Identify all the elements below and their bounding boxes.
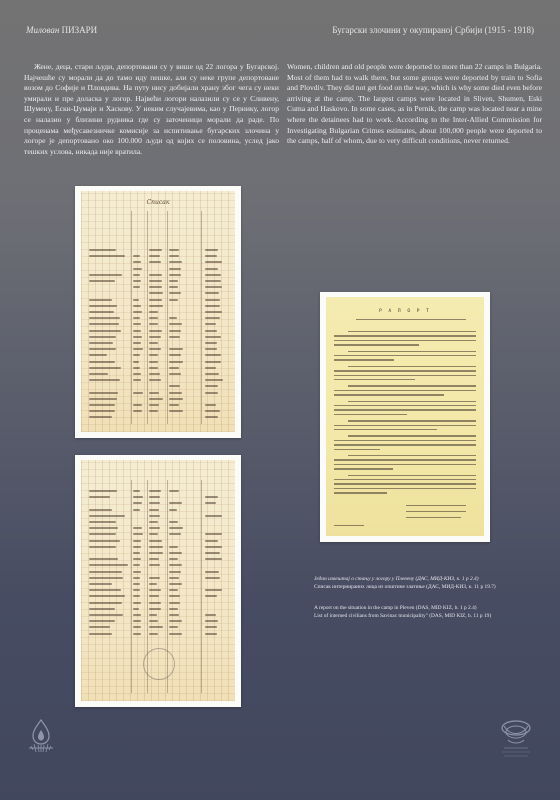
typed-text-line (334, 355, 476, 356)
handwriting-stroke (149, 496, 160, 498)
handwriting-stroke (169, 268, 181, 270)
handwriting-stroke (133, 614, 141, 616)
handwriting-stroke (149, 602, 161, 604)
handwriting-stroke (169, 398, 183, 400)
typed-text-line (334, 379, 415, 380)
typed-text-line (334, 449, 380, 450)
typed-text-line (334, 394, 444, 395)
handwriting-stroke (149, 361, 158, 363)
handwriting-stroke (89, 361, 115, 363)
body-text-english: Women, children and old people were depo… (287, 62, 542, 147)
handwriting-stroke (205, 515, 222, 517)
handwriting-stroke (133, 620, 141, 622)
handwriting-stroke (133, 330, 141, 332)
handwriting-stroke (89, 342, 113, 344)
typed-text-line (334, 340, 476, 341)
handwriting-stroke (89, 311, 114, 313)
typed-text-line (334, 479, 476, 480)
handwriting-stroke (205, 589, 222, 591)
handwriting-stroke (133, 379, 141, 381)
handwriting-stroke (89, 577, 123, 579)
handwriting-stroke (169, 410, 183, 412)
handwriting-stroke (149, 583, 157, 585)
handwriting-stroke (149, 330, 162, 332)
handwriting-stroke (89, 614, 123, 616)
handwriting-stroke (205, 392, 218, 394)
body-text-serbian: Жене, деца, стари људи, депортовани су у… (24, 62, 279, 157)
author-first-name: Милован (26, 25, 59, 35)
handwriting-stroke (89, 490, 117, 492)
handwriting-stroke (205, 367, 216, 369)
typed-text-line (406, 517, 461, 518)
report-title: Р А П О Р Т (326, 309, 484, 314)
handwriting-stroke (89, 280, 115, 282)
handwriting-stroke (205, 305, 220, 307)
handwriting-stroke (205, 249, 218, 251)
handwriting-stroke (133, 317, 140, 319)
handwriting-stroke (205, 336, 221, 338)
typed-text-line (348, 331, 476, 332)
handwriting-stroke (169, 546, 178, 548)
handwriting-stroke (205, 496, 218, 498)
handwriting-stroke (89, 305, 117, 307)
handwriting-stroke (149, 392, 159, 394)
handwriting-stroke (169, 367, 179, 369)
handwriting-stroke (149, 255, 160, 257)
column-rule (147, 211, 148, 424)
typed-text-line (406, 505, 466, 506)
handwriting-stroke (149, 305, 163, 307)
column-rule (167, 480, 168, 693)
typed-text-line (334, 414, 407, 415)
typed-text-line (334, 344, 419, 345)
handwriting-stroke (133, 274, 140, 276)
handwriting-stroke (205, 614, 216, 616)
handwriting-stroke (205, 274, 221, 276)
handwriting-stroke (149, 589, 161, 591)
handwriting-stroke (169, 274, 181, 276)
typed-text-line (348, 385, 476, 386)
handwriting-stroke (205, 404, 216, 406)
handwriting-stroke (149, 608, 161, 610)
typed-text-line (348, 455, 476, 456)
handwriting-stroke (89, 571, 122, 573)
handwriting-stroke (205, 633, 217, 635)
handwriting-stroke (89, 608, 115, 610)
document-paper (81, 460, 235, 701)
handwriting-stroke (205, 558, 222, 560)
caption-en-2: List of interned civilians from Savinac … (314, 613, 491, 619)
handwriting-stroke (149, 317, 158, 319)
handwriting-stroke (89, 558, 118, 560)
handwriting-stroke (89, 404, 115, 406)
column-rule (131, 480, 132, 693)
handwriting-stroke (205, 317, 220, 319)
handwriting-stroke (169, 558, 178, 560)
handwriting-stroke (149, 490, 161, 492)
handwriting-stroke (169, 589, 178, 591)
typed-text-line (334, 464, 476, 465)
handwriting-stroke (205, 299, 220, 301)
handwriting-stroke (149, 398, 163, 400)
handwriting-stroke (133, 336, 142, 338)
handwriting-stroke (89, 274, 122, 276)
handwriting-stroke (89, 255, 125, 257)
handwriting-stroke (133, 268, 142, 270)
handwriting-stroke (133, 299, 139, 301)
document-typed-report: Р А П О Р Т (320, 292, 490, 542)
handwriting-stroke (89, 317, 120, 319)
typed-text-line (334, 359, 394, 360)
handwriting-stroke (133, 540, 141, 542)
handwriting-stroke (169, 286, 178, 288)
handwriting-stroke (205, 255, 217, 257)
handwriting-stroke (169, 521, 178, 523)
typed-text-line (348, 351, 476, 352)
handwriting-stroke (133, 305, 141, 307)
handwriting-stroke (169, 348, 183, 350)
typed-text-line (348, 475, 476, 476)
caption-sr-1: Један извештај о стању у логору у Плевен… (314, 576, 479, 582)
handwriting-stroke (205, 280, 221, 282)
handwriting-stroke (149, 280, 162, 282)
handwriting-stroke (149, 373, 160, 375)
handwriting-stroke (149, 614, 157, 616)
handwriting-stroke (133, 546, 141, 548)
handwriting-stroke (133, 392, 143, 394)
handwriting-stroke (133, 280, 141, 282)
column-rule (131, 211, 132, 424)
handwriting-stroke (89, 367, 121, 369)
handwriting-stroke (205, 571, 219, 573)
handwriting-stroke (149, 527, 160, 529)
handwriting-stroke (169, 583, 182, 585)
handwriting-stroke (89, 602, 122, 604)
handwriting-stroke (205, 620, 218, 622)
typed-text-line (348, 420, 476, 421)
handwriting-stroke (133, 589, 140, 591)
handwriting-stroke (133, 373, 141, 375)
handwriting-stroke (133, 571, 141, 573)
handwriting-stroke (133, 361, 139, 363)
handwriting-stroke (169, 490, 179, 492)
handwriting-stroke (169, 552, 182, 554)
handwriting-stroke (89, 330, 121, 332)
handwriting-stroke (89, 527, 118, 529)
handwriting-stroke (89, 336, 116, 338)
handwriting-stroke (169, 602, 180, 604)
handwriting-stroke (169, 361, 183, 363)
typed-text-line (334, 370, 476, 371)
handwriting-stroke (149, 342, 158, 344)
handwriting-stroke (133, 527, 142, 529)
handwriting-stroke (149, 546, 163, 548)
handwriting-stroke (89, 348, 116, 350)
handwriting-stroke (133, 404, 142, 406)
handwriting-stroke (169, 509, 177, 511)
handwriting-stroke (149, 410, 158, 412)
image-captions: Један извештај о стању у логору у Плевен… (314, 576, 544, 634)
handwriting-stroke (133, 509, 140, 511)
handwriting-stroke (133, 496, 143, 498)
handwriting-stroke (149, 577, 160, 579)
handwriting-stroke (89, 521, 116, 523)
handwriting-stroke (205, 342, 217, 344)
handwriting-stroke (169, 404, 179, 406)
knot-emblem-logo-icon (494, 718, 538, 762)
handwriting-stroke (133, 490, 140, 492)
handwriting-stroke (89, 583, 112, 585)
typed-text-line (356, 319, 466, 320)
flame-barbed-wire-logo-icon (26, 718, 56, 758)
handwriting-stroke (133, 410, 142, 412)
handwriting-stroke (149, 552, 163, 554)
handwriting-stroke (149, 515, 160, 517)
handwriting-stroke (89, 620, 115, 622)
handwriting-stroke (205, 330, 217, 332)
handwriting-stroke (169, 571, 181, 573)
handwriting-stroke (169, 373, 181, 375)
column-rule (147, 480, 148, 693)
typed-text-line (334, 429, 437, 430)
handwriting-stroke (149, 348, 161, 350)
author-name: Милован ПИЗАРИ (26, 25, 97, 35)
handwriting-stroke (149, 249, 162, 251)
handwriting-stroke (205, 348, 217, 350)
handwriting-stroke (205, 311, 222, 313)
handwriting-stroke (205, 410, 220, 412)
handwriting-stroke (169, 336, 180, 338)
handwriting-stroke (89, 249, 116, 251)
handwriting-stroke (89, 392, 118, 394)
handwriting-stroke (133, 608, 139, 610)
handwriting-stroke (169, 614, 179, 616)
handwriting-stroke (149, 404, 159, 406)
handwriting-stroke (133, 602, 141, 604)
handwriting-stroke (89, 398, 117, 400)
handwriting-stroke (133, 583, 140, 585)
handwriting-stroke (169, 608, 178, 610)
typed-text-line (334, 468, 393, 469)
handwriting-stroke (205, 552, 220, 554)
document-handwritten-list-2 (75, 455, 241, 707)
handwriting-stroke (133, 552, 140, 554)
handwriting-stroke (133, 286, 140, 288)
handwriting-stroke (89, 515, 125, 517)
handwriting-stroke (149, 540, 162, 542)
handwriting-stroke (205, 373, 219, 375)
handwriting-stroke (149, 299, 162, 301)
handwriting-stroke (205, 379, 223, 381)
handwriting-stroke (149, 521, 158, 523)
handwriting-stroke (205, 546, 222, 548)
handwriting-stroke (133, 633, 141, 635)
handwriting-stroke (169, 527, 183, 529)
exhibition-title: Бугарски злочини у окупираној Србији (19… (332, 25, 534, 35)
handwriting-stroke (169, 577, 179, 579)
handwriting-stroke (169, 392, 182, 394)
typed-text-line (334, 440, 476, 441)
handwriting-stroke (133, 348, 143, 350)
handwriting-stroke (169, 317, 177, 319)
document-title: Списак (81, 199, 235, 206)
handwriting-stroke (89, 373, 108, 375)
handwriting-stroke (169, 633, 182, 635)
handwriting-stroke (149, 633, 158, 635)
handwriting-stroke (149, 311, 158, 313)
column-rule (201, 480, 202, 693)
handwriting-stroke (169, 249, 179, 251)
handwriting-stroke (89, 633, 112, 635)
typed-text-line (334, 483, 476, 484)
handwriting-stroke (149, 274, 162, 276)
handwriting-stroke (149, 509, 159, 511)
handwriting-stroke (89, 589, 121, 591)
typed-text-line (334, 488, 476, 489)
handwriting-stroke (89, 496, 110, 498)
handwriting-stroke (205, 286, 222, 288)
column-rule (167, 211, 168, 424)
handwriting-stroke (169, 330, 181, 332)
typed-text-line (334, 425, 476, 426)
typed-text-line (348, 366, 476, 367)
caption-en-1: A report on the situation in the camp in… (314, 605, 477, 611)
typed-text-line (334, 335, 476, 336)
handwriting-stroke (89, 546, 116, 548)
document-paper: Списак (81, 191, 235, 432)
typed-text-line (348, 435, 476, 436)
document-paper: Р А П О Р Т (326, 297, 484, 536)
handwriting-stroke (205, 268, 218, 270)
handwriting-stroke (149, 286, 162, 288)
handwriting-stroke (149, 620, 158, 622)
handwriting-stroke (169, 255, 179, 257)
handwriting-stroke (205, 361, 221, 363)
typed-text-line (334, 405, 476, 406)
handwriting-stroke (149, 558, 159, 560)
caption-sr-2: Списак интернираних лица из општине злат… (314, 584, 496, 590)
handwriting-stroke (205, 540, 218, 542)
handwriting-stroke (169, 620, 182, 622)
handwriting-stroke (133, 367, 140, 369)
handwriting-stroke (133, 342, 141, 344)
handwriting-stroke (205, 577, 220, 579)
handwriting-stroke (133, 311, 142, 313)
typed-text-line (348, 401, 476, 402)
typed-text-line (334, 375, 476, 376)
typed-text-line (334, 525, 364, 526)
handwriting-stroke (89, 299, 112, 301)
typed-text-line (334, 409, 476, 410)
column-rule (201, 211, 202, 424)
typed-text-line (406, 511, 466, 512)
typed-text-line (334, 459, 476, 460)
typed-text-line (334, 444, 476, 445)
handwriting-stroke (133, 577, 140, 579)
handwriting-stroke (133, 255, 140, 257)
handwriting-stroke (149, 367, 158, 369)
handwriting-stroke (149, 336, 161, 338)
handwriting-stroke (149, 379, 161, 381)
handwriting-stroke (89, 509, 112, 511)
handwriting-stroke (89, 540, 120, 542)
handwriting-stroke (169, 299, 178, 301)
handwriting-stroke (169, 280, 178, 282)
author-last-name: ПИЗАРИ (62, 25, 98, 35)
typed-text-line (334, 390, 476, 391)
typed-text-line (334, 492, 387, 493)
handwriting-stroke (89, 410, 115, 412)
handwriting-stroke (133, 558, 141, 560)
handwriting-stroke (89, 379, 120, 381)
document-handwritten-list-1: Списак (75, 186, 241, 438)
